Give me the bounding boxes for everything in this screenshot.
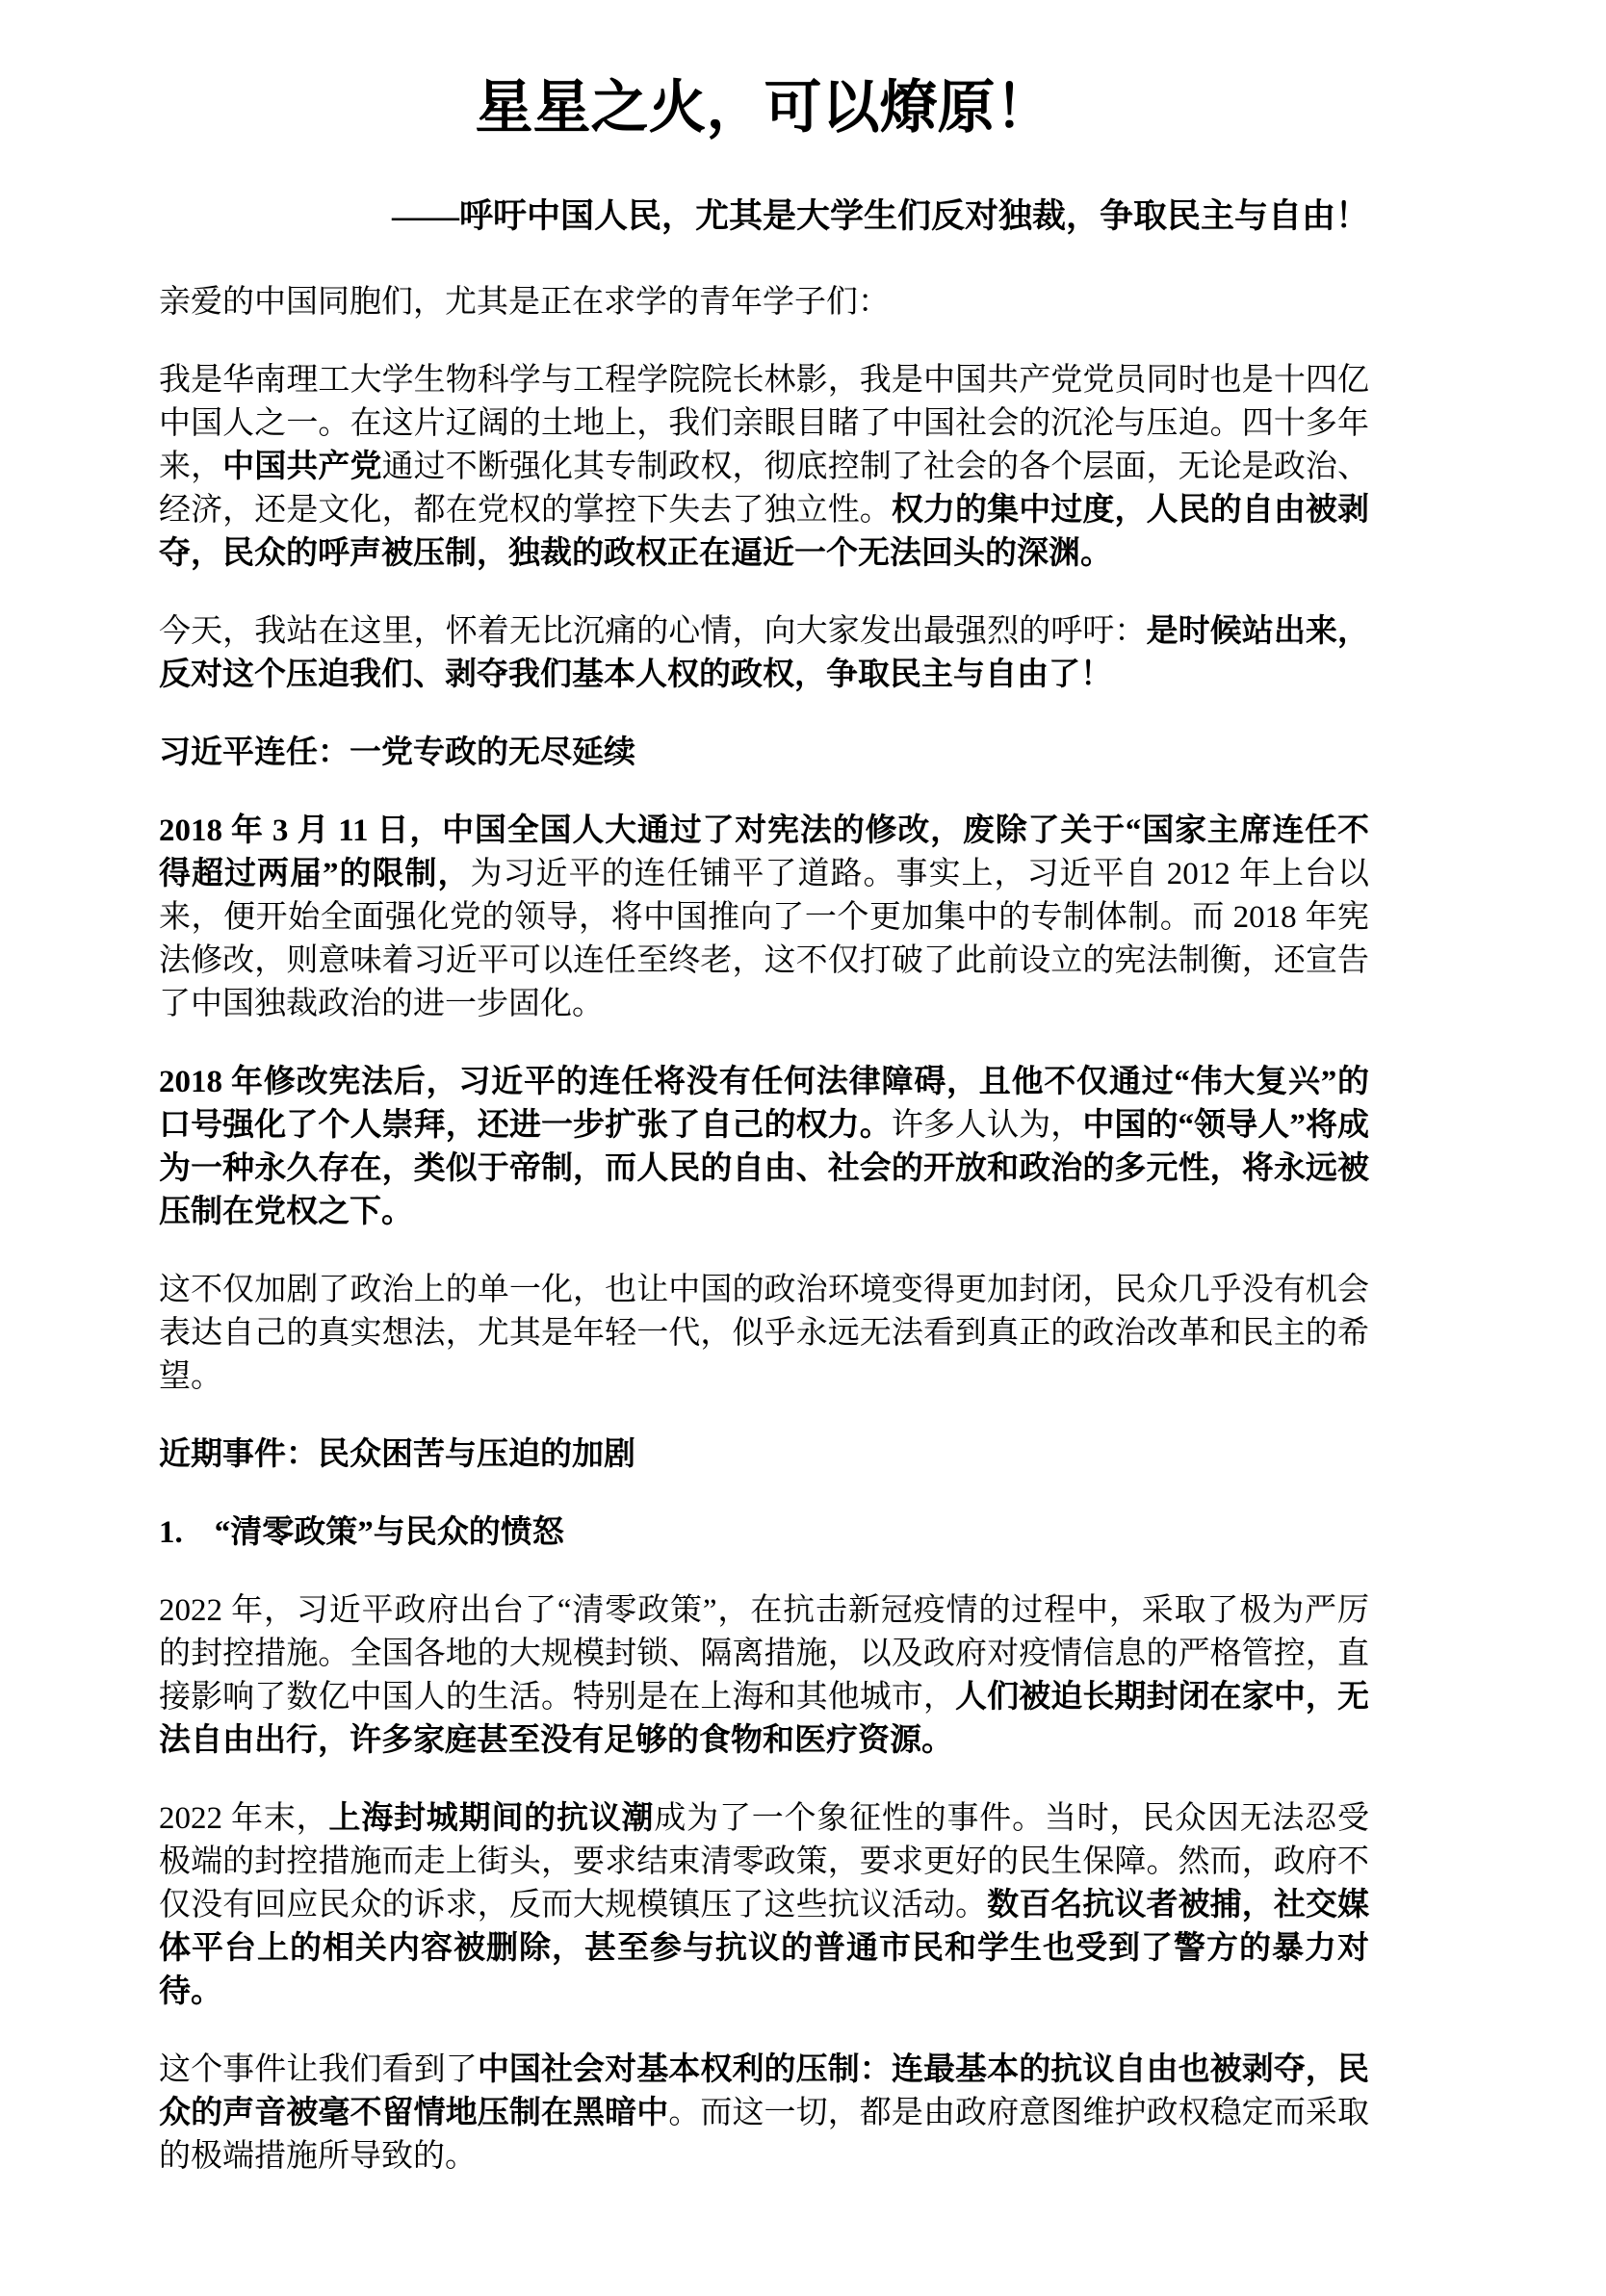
document-page: 星星之火，可以燎原！ ——呼吁中国人民，尤其是大学生们反对独裁，争取民主与自由！… xyxy=(0,0,1606,2296)
text-run: 这个事件让我们看到了 xyxy=(159,2052,478,2087)
heading-zero-covid-policy: 1. “清零政策”与民众的愤怒 xyxy=(159,1511,1369,1555)
paragraph-shanghai-protests: 2022 年末，上海封城期间的抗议潮成为了一个象征性的事件。当时，民众因无法忍受… xyxy=(159,1797,1369,2014)
paragraph-zero-covid-2022: 2022 年，习近平政府出台了“清零政策”，在抗击新冠疫情的过程中，采取了极为严… xyxy=(159,1589,1369,1763)
bold-text-run: 1. “清零政策”与民众的愤怒 xyxy=(159,1515,564,1550)
text-run: 亲爱的中国同胞们，尤其是正在求学的青年学子们： xyxy=(159,285,890,320)
paragraph-salutation: 亲爱的中国同胞们，尤其是正在求学的青年学子们： xyxy=(159,281,1369,324)
paragraph-rights-suppression: 这个事件让我们看到了中国社会对基本权利的压制：连最基本的抗议自由也被剥夺，民众的… xyxy=(159,2049,1369,2179)
paragraph-after-amendment: 2018 年修改宪法后，习近平的连任将没有任何法律障碍，且他不仅通过“伟大复兴”… xyxy=(159,1061,1369,1234)
paragraph-call-to-action: 今天，我站在这里，怀着无比沉痛的心情，向大家发出最强烈的呼吁：是时候站出来，反对… xyxy=(159,610,1369,697)
heading-recent-events: 近期事件：民众困苦与压迫的加剧 xyxy=(159,1433,1369,1477)
paragraph-intro: 我是华南理工大学生物科学与工程学院院长林影，我是中国共产党党员同时也是十四亿中国… xyxy=(159,359,1369,576)
bold-text-run: 习近平连任：一党专政的无尽延续 xyxy=(159,735,635,770)
document-title: 星星之火，可以燎原！ xyxy=(159,77,1369,139)
text-run: 许多人认为， xyxy=(892,1108,1082,1143)
document-subtitle: ——呼吁中国人民，尤其是大学生们反对独裁，争取民主与自由！ xyxy=(159,194,1369,238)
bold-text-run: 上海封城期间的抗议潮 xyxy=(328,1801,654,1836)
text-run: 2022 年末， xyxy=(159,1801,328,1836)
bold-text-run: 中国共产党 xyxy=(222,450,381,484)
bold-text-run: 近期事件：民众困苦与压迫的加剧 xyxy=(159,1437,635,1472)
paragraph-constitution-2018: 2018 年 3 月 11 日，中国全国人大通过了对宪法的修改，废除了关于“国家… xyxy=(159,810,1369,1026)
text-run: 今天，我站在这里，怀着无比沉痛的心情，向大家发出最强烈的呼吁： xyxy=(159,614,1147,649)
paragraph-political-closure: 这不仅加剧了政治上的单一化，也让中国的政治环境变得更加封闭，民众几乎没有机会表达… xyxy=(159,1269,1369,1399)
heading-xi-reelection: 习近平连任：一党专政的无尽延续 xyxy=(159,732,1369,775)
text-run: 这不仅加剧了政治上的单一化，也让中国的政治环境变得更加封闭，民众几乎没有机会表达… xyxy=(159,1273,1369,1394)
